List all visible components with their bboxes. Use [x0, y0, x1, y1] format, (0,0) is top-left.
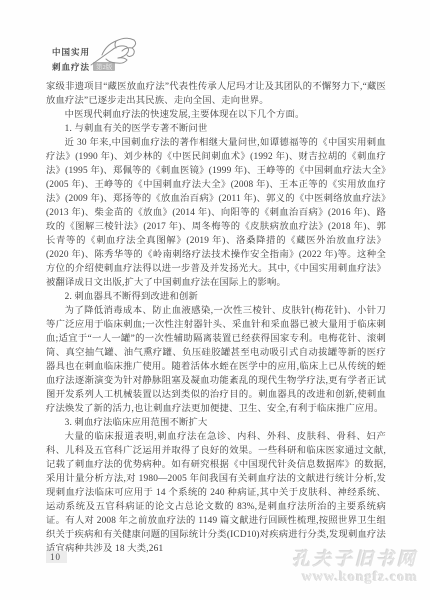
section3-heading: 3. 刺血疗法临床应用范围不断扩大: [46, 416, 386, 430]
section2-paragraph: 为了降低消毒成本、防止血液感染,一次性三棱针、皮肤针(梅花针)、小针刀等广泛应用…: [46, 304, 386, 416]
section3-paragraph: 大量的临床报道表明,刺血疗法在急诊、内科、外科、皮肤科、骨科、妇产科、儿科及五官…: [46, 430, 386, 556]
kongfz-watermark: 孔夫子旧书网 www.kongfz.com: [292, 550, 418, 585]
book-page-scan: 中国实用 刺血疗法第2版 家级非遗项目“藏医放血疗法”代表性传承人尼玛才让及其团…: [0, 0, 430, 600]
logo-title-line2-text: 刺血疗法: [52, 62, 90, 72]
watermark-site-name: 孔夫子旧书网: [292, 550, 418, 570]
book-series-logo: 中国实用 刺血疗法第2版: [50, 33, 160, 81]
paragraph-continuation: 家级非遗项目“藏医放血疗法”代表性传承人尼玛才让及其团队的不懈努力下,“藏医放血…: [46, 80, 386, 108]
hand-holding-needle-sketch-icon: [88, 31, 140, 74]
paragraph-intro: 中医现代刺血疗法的快速发展,主要体现在以下几个方面。: [46, 108, 386, 122]
section1-paragraph: 近 30 年来,中国刺血疗法的著作相继大量问世,如谭德福等的《中国实用刺血疗法》…: [46, 136, 386, 290]
page-number: 10: [46, 551, 67, 563]
section2-heading: 2. 刺血器具不断得到改进和创新: [46, 290, 386, 304]
page-body-text: 家级非遗项目“藏医放血疗法”代表性传承人尼玛才让及其团队的不懈努力下,“藏医放血…: [46, 80, 386, 556]
logo-title-line1: 中国实用: [52, 46, 90, 58]
watermark-site-url: www.kongfz.com: [292, 570, 418, 585]
section1-heading: 1. 与刺血有关的医学专著不断问世: [46, 122, 386, 136]
